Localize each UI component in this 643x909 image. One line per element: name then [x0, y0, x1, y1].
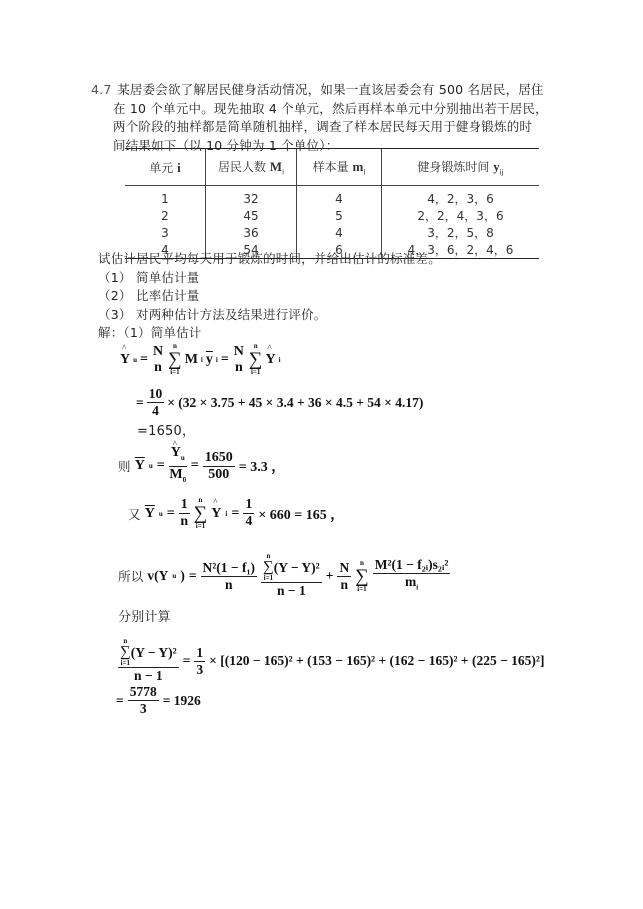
header-unit: 单元 i — [125, 149, 206, 186]
data-table: 单元 i 居民人数 Mi 样本量 mi 健身锻炼时间 yij 1 32 4 4，… — [125, 148, 539, 259]
equation-total-estimate: Yu = Nn n∑i=1 Mi yi = Nn n∑i=1 Yi — [120, 343, 281, 376]
sub-heading: 分别计算 — [118, 606, 171, 625]
question-block: 试估计居民平均每天用于锻炼的时间，并给出估计的标准差。 （1）简单估计量 （2）… — [98, 250, 441, 343]
table-row: 2 45 5 2，2，4，3，6 — [125, 207, 539, 224]
equation-between-variance-result: = 57783 = 1926 — [116, 684, 201, 717]
question-item-3: （3）对两种估计方法及结果进行评价。 — [98, 306, 441, 325]
problem-line-1: 4.7 某居委会欲了解居民健身活动情况，如果一直该居委会有 500 名居民，居住 — [97, 81, 548, 100]
question-intro: 试估计居民平均每天用于锻炼的时间，并给出估计的标准差。 — [98, 250, 441, 269]
question-item-1: （1）简单估计量 — [98, 269, 441, 288]
table-row: 3 36 4 3，2，5，8 — [125, 224, 539, 241]
header-exercise-time: 健身锻炼时间 yij — [382, 149, 540, 186]
equation-mean-estimate: 则 Yu = YuM0 = 1650500 = 3.3 ， — [118, 445, 285, 488]
equation-mean-unit-total: 又 Yu = 1n n∑i=1 Yi = 14 × 660 = 165 ， — [128, 497, 344, 530]
problem-line-3: 两个阶段的抽样都是简单随机抽样，调查了样本居民每天用于健身锻炼的时 — [97, 118, 548, 137]
header-sample-size: 样本量 mi — [297, 149, 382, 186]
equation-variance: 所以 v(Yu) = N²(1 − f₁)n n∑i=1(Y − Y)²n − … — [118, 553, 450, 599]
equation-total-expansion: = 104 × (32 × 3.75 + 45 × 3.4 + 36 × 4.5… — [136, 386, 423, 419]
header-residents: 居民人数 Mi — [206, 149, 297, 186]
equation-between-variance: n∑i=1(Y − Y)²n − 1 = 13 × [(120 − 165)² … — [118, 638, 544, 684]
problem-statement: 4.7 某居委会欲了解居民健身活动情况，如果一直该居委会有 500 名居民，居住… — [97, 81, 548, 155]
problem-number: 4.7 — [91, 81, 113, 100]
solution-heading: 解：（1）简单估计 — [98, 324, 441, 343]
table-row: 1 32 4 4，2，3，6 — [125, 186, 539, 208]
question-item-2: （2）比率估计量 — [98, 287, 441, 306]
table-header-row: 单元 i 居民人数 Mi 样本量 mi 健身锻炼时间 yij — [125, 149, 539, 186]
equation-total-result: =1650， — [137, 420, 195, 439]
problem-line-2: 在 10 个单元中。现先抽取 4 个单元，然后再样本单元中分别抽出若干居民， — [97, 100, 548, 119]
